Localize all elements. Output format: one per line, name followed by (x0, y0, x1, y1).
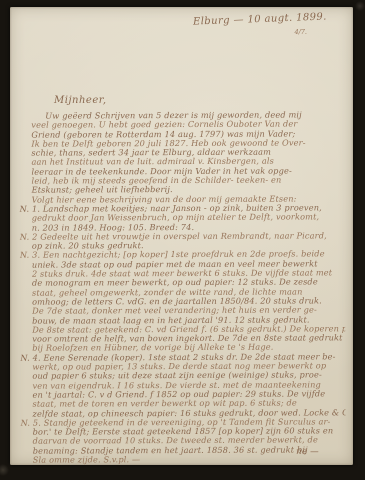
salutation: Mijnheer, (54, 95, 107, 106)
letter-content: Elburg — 10 augt. 1899. 4/7. Mijnheer, U… (10, 7, 353, 465)
catchword: ne — (296, 447, 319, 457)
letter-line: N. 2 Gedeelte uit het vrouwtje in oversp… (20, 231, 345, 242)
dateline: Elburg — 10 augt. 1899. (193, 11, 327, 27)
archive-mark: 4/7. (294, 28, 307, 36)
letter-photo: Elburg — 10 augt. 1899. 4/7. Mijnheer, U… (0, 0, 365, 480)
letter-body: Uw geëerd Schrijven van 5 dezer is mij g… (19, 110, 346, 465)
